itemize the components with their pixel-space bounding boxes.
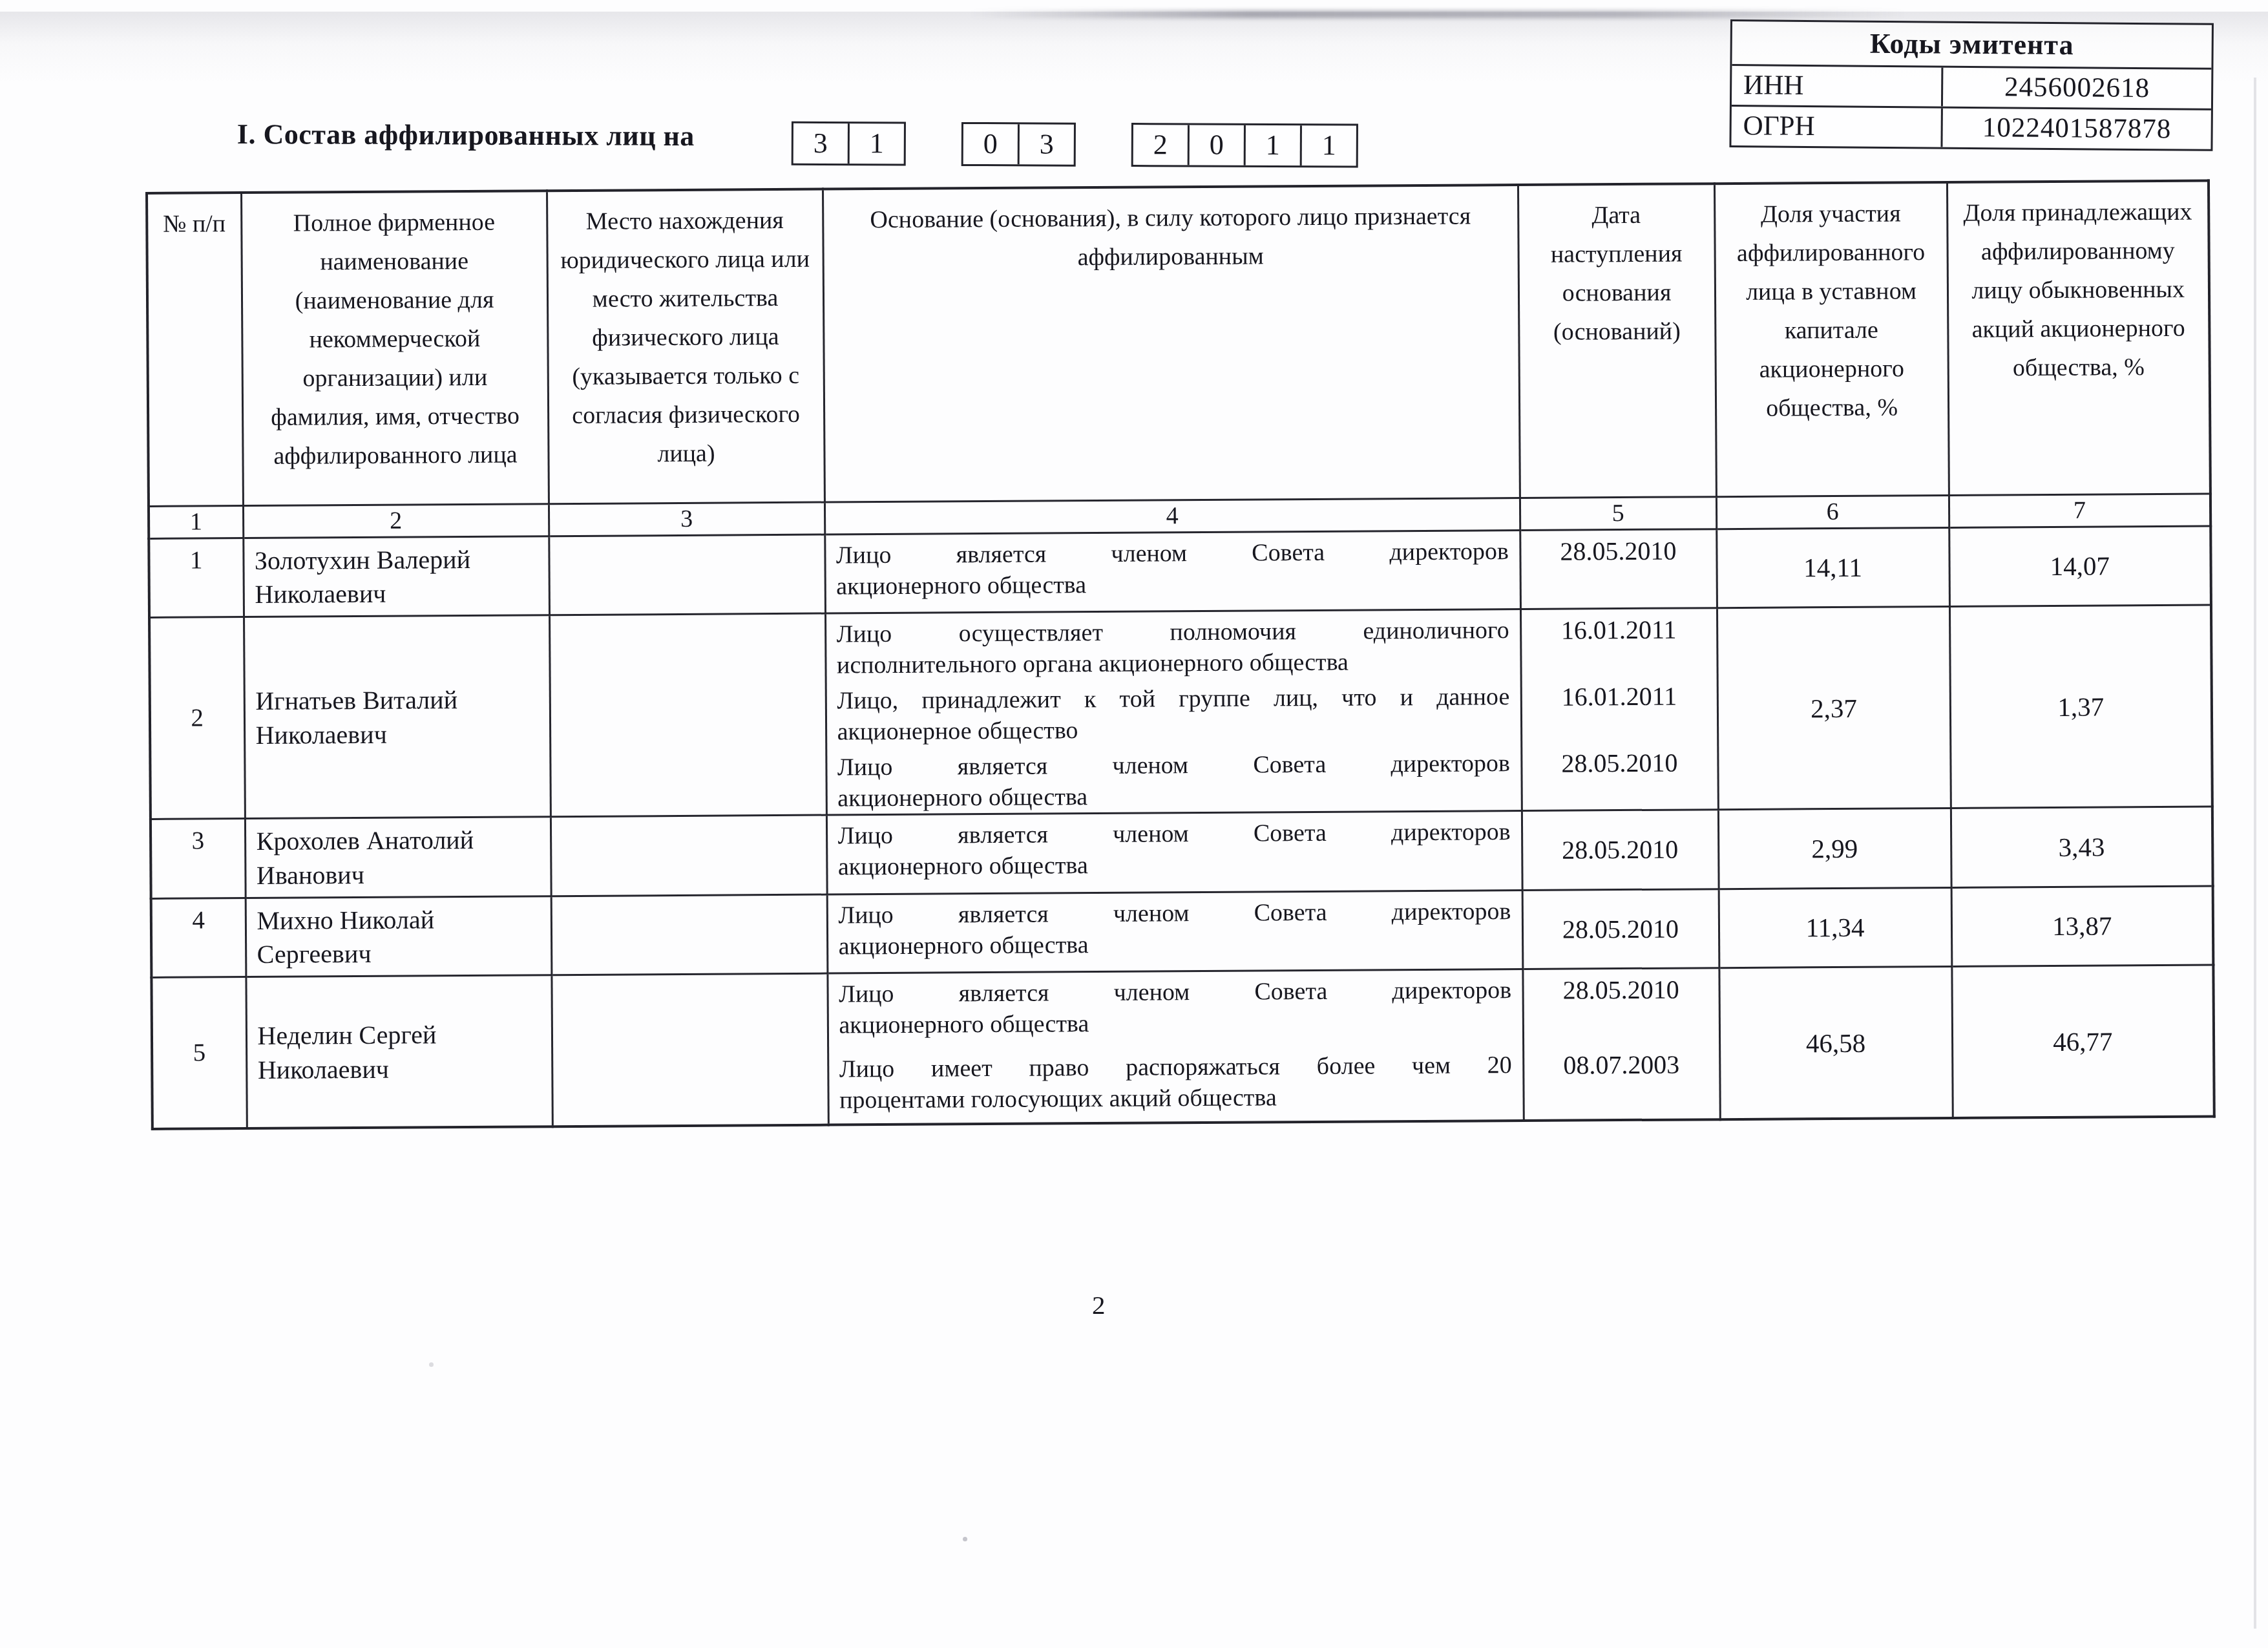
header-col-date: Дата наступления основания (оснований): [1518, 184, 1716, 498]
ground-text: Лицо имеет право распоряжаться более чем…: [829, 1045, 1523, 1124]
ground-date: 16.01.2011: [1522, 675, 1717, 743]
column-number: 1: [149, 505, 243, 538]
ground-cell: Лицо является членом Совета директоров а…: [827, 969, 1523, 1125]
ground-line: акционерного общества: [838, 847, 1511, 882]
issuer-codes-title: Коды эмитента: [1732, 21, 2212, 70]
share-of-shares: 1,37: [1949, 605, 2212, 808]
table-row: 5 Неделин Сергей Николаевич Лицо являетс…: [151, 965, 2214, 1128]
scan-speck: [963, 1537, 967, 1541]
person-name: Неделин Сергей Николаевич: [246, 975, 552, 1128]
date-digit: 0: [963, 124, 1018, 164]
row-number: 4: [151, 898, 246, 977]
ground-line: Лицо является членом Совета директоров: [836, 536, 1509, 571]
ground-line: акционерного общества: [836, 567, 1509, 602]
header-col-share-capital: Доля участия аффилированного лица в уста…: [1714, 182, 1949, 496]
ground-date: 16.01.2011: [1521, 609, 1716, 677]
ground-line: Лицо является членом Совета директоров: [838, 896, 1511, 931]
share-in-capital: 2,99: [1718, 808, 1951, 889]
ground-date: 28.05.2010: [1520, 529, 1717, 609]
column-number: 2: [243, 503, 549, 538]
share-in-capital: 11,34: [1719, 887, 1952, 968]
share-of-shares: 3,43: [1951, 807, 2213, 887]
location-cell: [551, 815, 827, 896]
document-page: Коды эмитента ИНН 2456002618 ОГРН 102240…: [0, 0, 2268, 1648]
ground-text: Лицо является членом Совета директоров а…: [828, 970, 1522, 1049]
location-cell: [551, 973, 828, 1126]
row-number: 3: [151, 819, 246, 898]
ground-line: Лицо является членом Совета директоров: [839, 975, 1511, 1009]
date-year-box: 2 0 1 1: [1131, 123, 1358, 168]
share-in-capital: 14,11: [1716, 527, 1949, 608]
section-title: I. Состав аффилированных лиц на: [237, 118, 695, 153]
section-title-row: I. Состав аффилированных лиц на 3 1 0 3 …: [237, 118, 1358, 168]
header-col-num: № п/п: [147, 193, 243, 506]
column-number: 4: [824, 498, 1520, 534]
ground-text: Лицо является членом Совета директоров а…: [827, 743, 1521, 814]
date-digit: 1: [1244, 125, 1300, 165]
page-number: 2: [1092, 1289, 1106, 1320]
column-number: 5: [1520, 496, 1716, 530]
ground-line: Лицо является членом Совета директоров: [837, 748, 1510, 783]
report-date-boxes: 3 1 0 3 2 0 1 1: [792, 121, 1358, 168]
table-row: 4 Михно Николай Сергеевич Лицо является …: [151, 886, 2214, 978]
header-col-ground: Основание (основания), в силу которого л…: [823, 185, 1520, 502]
ground-date-cell: 28.05.2010 08.07.2003: [1522, 968, 1719, 1121]
ground-line: акционерное общество: [837, 712, 1509, 747]
ground-line: исполнительного органа акционерного обще…: [837, 646, 1509, 681]
location-cell: [549, 534, 825, 615]
date-digit: 1: [1300, 125, 1356, 165]
ground-line: акционерного общества: [837, 779, 1510, 814]
share-in-capital: 2,37: [1717, 607, 1951, 810]
scan-streak: [969, 10, 1906, 18]
ground-text: Лицо является членом Совета директоров а…: [826, 531, 1520, 613]
ogrn-label: ОГРН: [1731, 107, 1942, 147]
location-cell: [551, 894, 828, 975]
ground-date: 28.05.2010: [1522, 742, 1717, 810]
ground-line: Лицо осуществляет полномочия единоличног…: [837, 615, 1509, 650]
ground-line: Лицо имеет право распоряжаться более чем…: [839, 1050, 1512, 1084]
scan-speck: [429, 1362, 434, 1367]
row-number: 2: [149, 617, 245, 819]
ground-date: 28.05.2010: [1522, 889, 1719, 969]
person-name: Золотухин Валерий Николаевич: [243, 536, 549, 617]
ground-line: акционерного общества: [839, 1006, 1511, 1041]
ground-line: Лицо является членом Совета директоров: [837, 816, 1510, 851]
person-name: Михно Николай Сергеевич: [246, 896, 552, 977]
inn-label: ИНН: [1732, 66, 1943, 107]
header-col-location: Место нахождения юридического лица или м…: [547, 189, 824, 504]
date-digit: 2: [1133, 125, 1188, 165]
date-digit: 0: [1188, 125, 1244, 165]
affiliates-table-wrapper: № п/п Полное фирменное наименование (наи…: [145, 179, 2216, 1130]
date-month-box: 0 3: [961, 122, 1076, 167]
ground-date: 28.05.2010: [1522, 810, 1719, 890]
header-col-share-shares: Доля принадлежащих аффилированному лицу …: [1947, 180, 2210, 494]
person-name: Крохолев Анатолий Иванович: [245, 817, 551, 898]
ground-line: Лицо, принадлежит к той группе лиц, что …: [837, 681, 1509, 716]
header-col-name: Полное фирменное наименование (наименова…: [241, 191, 549, 505]
share-in-capital: 46,58: [1719, 967, 1952, 1119]
location-cell: [549, 613, 826, 817]
table-row: 2 Игнатьев Виталий Николаевич Лицо осуще…: [149, 605, 2212, 819]
ground-line: процентами голосующих акций общества: [839, 1081, 1512, 1115]
table-row: 3 Крохолев Анатолий Иванович Лицо являет…: [151, 807, 2213, 898]
ground-text: Лицо, принадлежит к той группе лиц, что …: [826, 677, 1520, 748]
ground-cell: Лицо является членом Совета директоров а…: [826, 811, 1522, 894]
date-digit: 1: [848, 123, 904, 164]
table-header-row: № п/п Полное фирменное наименование (наи…: [147, 180, 2210, 505]
scan-edge-shadow: [2254, 78, 2256, 1629]
issuer-codes-table: Коды эмитента ИНН 2456002618 ОГРН 102240…: [1729, 19, 2214, 151]
ogrn-value: 1022401587878: [1942, 109, 2210, 149]
ground-date-cell: 16.01.2011 16.01.2011 28.05.2010: [1520, 608, 1718, 811]
share-of-shares: 13,87: [1951, 886, 2214, 967]
issuer-codes-row-inn: ИНН 2456002618: [1732, 66, 2211, 111]
ground-line: акционерного общества: [839, 927, 1511, 962]
date-day-box: 3 1: [792, 121, 906, 166]
row-number: 5: [151, 977, 246, 1129]
table-row: 1 Золотухин Валерий Николаевич Лицо явля…: [149, 525, 2211, 617]
person-name: Игнатьев Виталий Николаевич: [244, 615, 551, 819]
share-of-shares: 46,77: [1951, 965, 2214, 1117]
date-digit: 3: [1018, 124, 1074, 164]
ground-date: 08.07.2003: [1524, 1044, 1719, 1119]
ground-text: Лицо является членом Совета директоров а…: [827, 812, 1521, 893]
ground-date: 28.05.2010: [1524, 969, 1719, 1044]
ground-cell: Лицо является членом Совета директоров а…: [827, 890, 1523, 973]
ground-cell: Лицо осуществляет полномочия единоличног…: [825, 609, 1522, 816]
ground-text: Лицо является членом Совета директоров а…: [828, 891, 1522, 973]
affiliates-table: № п/п Полное фирменное наименование (наи…: [145, 179, 2216, 1130]
share-of-shares: 14,07: [1949, 525, 2211, 606]
column-number: 7: [1949, 493, 2210, 527]
column-number: 3: [549, 502, 824, 536]
ground-text: Лицо осуществляет полномочия единоличног…: [826, 610, 1520, 681]
column-number: 6: [1716, 495, 1949, 529]
inn-value: 2456002618: [1943, 68, 2211, 109]
date-digit: 3: [793, 123, 848, 164]
issuer-codes-row-ogrn: ОГРН 1022401587878: [1731, 107, 2210, 149]
ground-cell: Лицо является членом Совета директоров а…: [824, 530, 1520, 613]
row-number: 1: [149, 538, 244, 617]
